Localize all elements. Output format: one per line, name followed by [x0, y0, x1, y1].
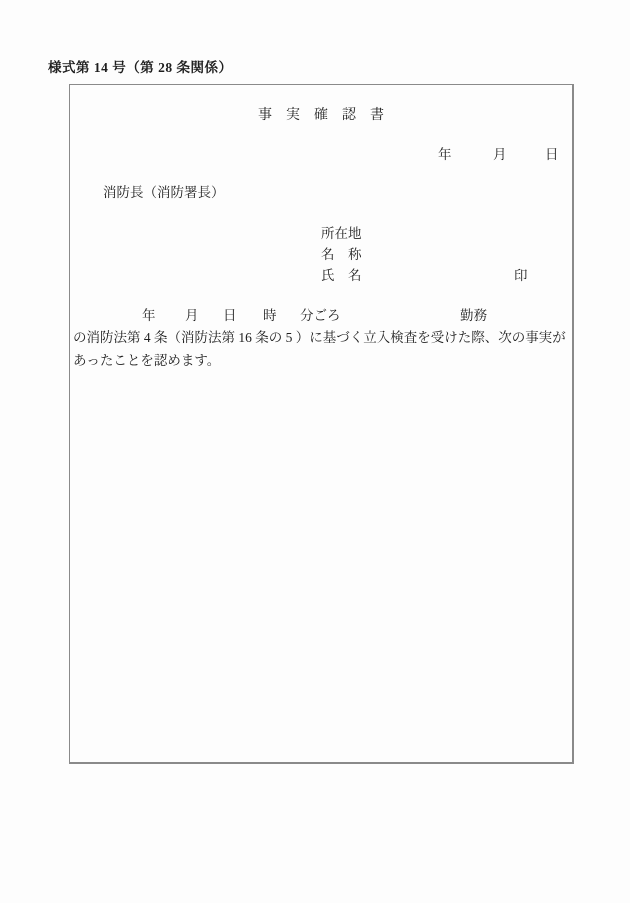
incident-minute-label: 分ごろ	[300, 308, 341, 323]
form-number-label: 様式第 14 号（第 28 条関係）	[48, 56, 233, 76]
addressee-label: 消防長（消防署長）	[103, 185, 225, 200]
body-sentence-line2: あったことを認めます。	[73, 353, 220, 368]
seal-mark: 印	[514, 268, 528, 283]
incident-hour-label: 時	[263, 308, 277, 323]
signature-name-label: 名 称	[321, 247, 362, 262]
incident-month-label: 月	[185, 308, 199, 323]
incident-day-label: 日	[223, 308, 237, 323]
body-sentence-line1: の消防法第 4 条（消防法第 16 条の 5 ）に基づく立入検査を受けた際、次の…	[73, 330, 566, 345]
signature-person-name-label: 氏 名	[321, 268, 362, 283]
document-title: 事 実 確 認 書	[70, 104, 572, 124]
header-date-day-label: 日	[545, 147, 559, 162]
signature-address-label: 所在地	[321, 226, 362, 241]
header-date-month-label: 月	[493, 147, 507, 162]
incident-year-label: 年	[142, 308, 156, 323]
document-border-box: 事 実 確 認 書 年 月 日 消防長（消防署長） 所在地 名 称 氏 名 印 …	[69, 84, 574, 764]
header-date-year-label: 年	[438, 147, 452, 162]
document-page: 様式第 14 号（第 28 条関係） 事 実 確 認 書 年 月 日 消防長（消…	[0, 0, 630, 903]
duty-label: 勤務	[460, 308, 487, 323]
